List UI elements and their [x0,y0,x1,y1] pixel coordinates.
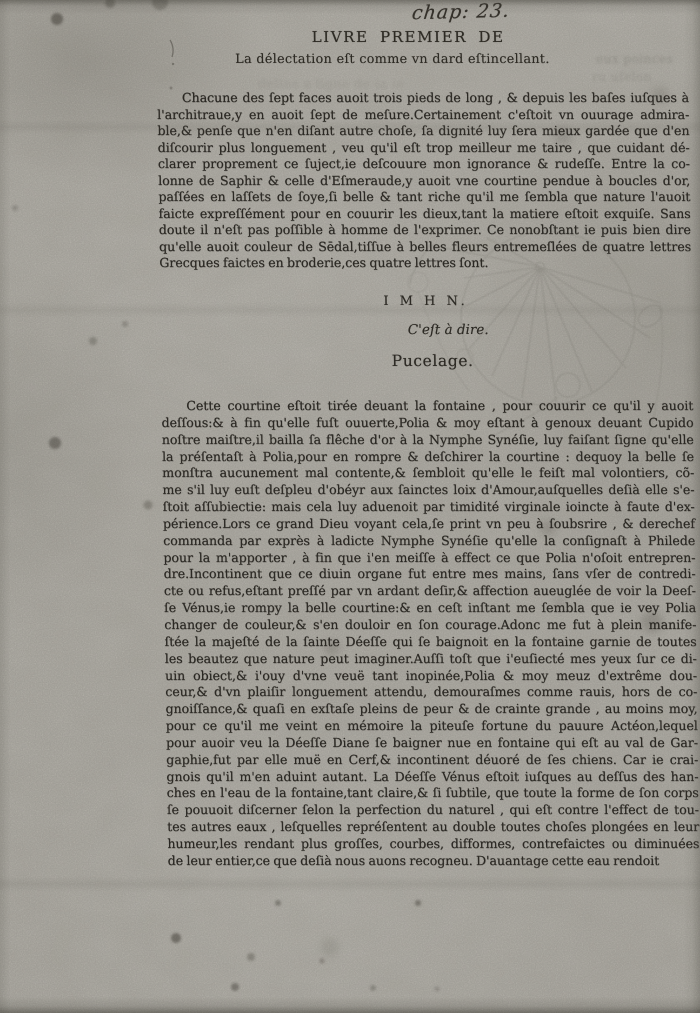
chapter-heading: La délectation eſt comme vn dard eſtince… [126,52,658,67]
text-line: Cette courtine eſtoit tirée deuant la fo… [161,398,693,415]
handwritten-chapter-number: chap: 23. [411,0,512,24]
text-line: noſtre maiſtre,il bailla ſa flêche d'or … [162,432,694,449]
text-line: Chacune des ſept faces auoit trois pieds… [157,90,689,107]
scan-lighting-band [0,876,700,892]
text-line: faicte expreſſément pour en couurir les … [159,206,691,223]
text-line: pour ce qu'il me veint en mémoire la pit… [166,718,698,735]
text-line: cte ou refus,eſtant preſſé par vn ardant… [164,583,696,600]
text-line: paſſées en laſſets de ſoye,ſi belle & ta… [158,189,690,206]
text-line: me s'il luy euſt deſpleu d'obéyr aux ſai… [162,482,694,499]
text-line: clarer proprement ce ſuject,ie deſcouure… [158,156,690,173]
text-line: Grecques faictes en broderie,ces quatre … [159,255,691,272]
text-line: de leur entier,ce que deſià nous auons r… [168,853,700,870]
text-line: lonne de Saphir & celle d'Eſmeraude,y au… [158,173,690,190]
paragraph-2: Cette courtine eſtoit tirée deuant la fo… [161,398,700,870]
text-line: pour la m'apporter , à fin que i'en meiſ… [163,550,695,567]
paragraph-1: Chacune des ſept faces auoit trois pieds… [157,90,692,272]
text-line: ches en l'eau de la fontaine,tant claire… [167,785,699,802]
text-line: gaphie,fut par elle muë en Cerf,& incont… [166,752,698,769]
text-line: ſe pouuoit diſcerner ſelon la perfection… [167,802,699,819]
text-line: monſtra aucunement mal contente,& ſemblo… [162,465,694,482]
book-page-scan: eux poinces ru uſelon delins a ligne de … [0,0,700,1013]
bleedthrough-text: delins a ligne de la ie [258,76,404,91]
text-line: les beautez que nature peut imaginer.Auſ… [165,651,697,668]
text-line: ſtée la majeſté de la ſainte Déeſſe qui … [164,634,696,651]
text-line: tes autres eaux , leſquelles repréſenten… [167,819,699,836]
text-line: dre.Incontinent que ce diuin organe fut … [164,566,696,583]
text-line: périence.Lors ce grand Dieu voyant cela,… [163,516,695,533]
text-line: changer de couleur,& s'en douloir en ſon… [164,617,696,634]
running-title: LIVRE PREMIER DE [142,28,674,46]
translation-word: Pucelage. [167,352,699,370]
text-line: ſtoit aſſubiectie: mais cela luy aduenoi… [163,499,695,516]
text-line: ſe Vénus,ie rompy la belle courtine:& en… [164,600,696,617]
bleedthrough-text: ru uſelon [592,70,652,84]
text-line: la préſentaſt à Polia,pour en rompre & d… [162,449,694,466]
text-line: humeur,les rendant plus groſſes, courbes… [167,836,699,853]
text-line: ble,& penſe que n'en diſant autre choſe,… [157,123,689,140]
text-line: ceur,& d'vn plaiſir longuement attendu, … [165,684,697,701]
translation-label: C'eſt à dire. [182,322,700,338]
text-line: l'architraue,y en auoit ſept de meſure.C… [157,107,689,124]
text-line: commanda par exprès à ladicte Nymphe Syn… [163,533,695,550]
embroidery-letters: I M H N. [160,294,692,309]
text-line: qu'elle auoit couleur de Sēdal,tiſſue à … [159,239,691,256]
text-line: uin obiect,& i'ouy d'vne veuë tant inopi… [165,668,697,685]
text-line: diſcourir plus longuement , veu qu'il eſ… [158,140,690,157]
text-line: gnoiſſance,& quaſi en exſtaſe pleins de … [165,701,697,718]
text-line: pour auoir veu la Déeſſe Diane ſe baigne… [166,735,698,752]
text-line: deſſous:& à fin qu'elle fuſt ouuerte,Pol… [161,415,693,432]
text-line: doute il n'eſt pas poſſible à homme de l… [159,222,691,239]
text-line: gnois qu'il m'en aduint autant. La Déeſſ… [166,769,698,786]
